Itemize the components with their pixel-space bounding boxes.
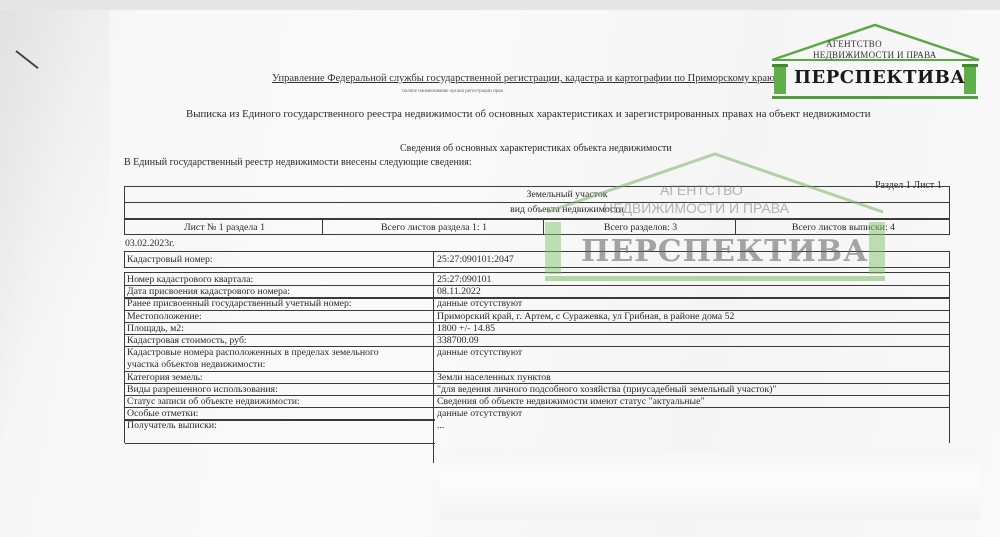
scan-top-edge xyxy=(0,0,1000,10)
row-label: Дата присвоения кадастрового номера: xyxy=(125,286,430,297)
sheet-info-table: Лист № 1 раздела 1 Всего листов раздела … xyxy=(124,219,950,235)
page-fold-shadow xyxy=(0,10,110,537)
extract-date: 03.02.2023г. xyxy=(125,238,174,250)
row-label-cont: участка объектов недвижимости: xyxy=(125,359,430,370)
object-type-caption: вид объекта недвижимости xyxy=(125,204,949,215)
intro-text: В Единый государственный реестр недвижим… xyxy=(124,157,472,169)
object-type: Земельный участок xyxy=(125,189,949,200)
logo-line1: АГЕНТСТВО xyxy=(826,39,882,49)
agency-logo: АГЕНТСТВО НЕДВИЖИМОСТИ И ПРАВА ПЕРСПЕКТИ… xyxy=(768,22,983,102)
logo-line2: НЕДВИЖИМОСТИ И ПРАВА xyxy=(813,50,937,60)
row-value: данные отсутствуют xyxy=(435,408,945,419)
cadastral-number-row: Кадастровый номер: 25:27:090101:2047 xyxy=(124,251,950,268)
row-label: Номер кадастрового квартала: xyxy=(125,274,430,285)
document-subtitle: Сведения об основных характеристиках объ… xyxy=(400,143,672,155)
row-value: 25:27:090101 xyxy=(435,274,945,285)
row-value: 1800 +/- 14.85 xyxy=(435,323,945,334)
row-label: Особые отметки: xyxy=(125,408,430,419)
row-label: Категория земель: xyxy=(125,372,430,383)
row-value: "для ведения личного подсобного хозяйств… xyxy=(435,384,945,395)
row-label: Кадастровые номера расположенных в преде… xyxy=(125,347,430,358)
agency-name: Управление Федеральной службы государств… xyxy=(272,73,775,85)
row-value: данные отсутствуют xyxy=(435,347,945,358)
row-value: 08.11.2022 xyxy=(435,286,945,297)
table-bottom-border xyxy=(125,443,435,444)
extract-sheets-total: Всего листов выписки: 4 xyxy=(736,222,949,233)
cadastral-number-value: 25:27:090101:2047 xyxy=(435,254,935,265)
row-value: ... xyxy=(435,420,945,431)
agency-caption: полное наименование органа регистрации п… xyxy=(402,86,503,98)
section-sheets-total: Всего листов раздела 1: 1 xyxy=(323,222,543,233)
row-value: Приморский край, г. Артем, с Суражевка, … xyxy=(435,311,945,322)
sheet-number: Лист № 1 раздела 1 xyxy=(125,222,322,233)
row-label: Ранее присвоенный государственный учетны… xyxy=(125,298,430,309)
row-label: Виды разрешенного использования: xyxy=(125,384,430,395)
row-label: Площадь, м2: xyxy=(125,323,430,334)
characteristics-table: Номер кадастрового квартала:25:27:090101… xyxy=(124,272,950,443)
row-label: Получатель выписки: xyxy=(125,420,430,431)
redacted-area xyxy=(440,450,980,520)
header-table: Земельный участок вид объекта недвижимос… xyxy=(124,186,950,219)
logo-name: ПЕРСПЕКТИВА xyxy=(794,67,965,88)
cadastral-number-label: Кадастровый номер: xyxy=(125,254,425,265)
row-value: Сведения об объекте недвижимости имеют с… xyxy=(435,396,945,407)
row-label: Местоположение: xyxy=(125,311,430,322)
row-label: Статус записи об объекте недвижимости: xyxy=(125,396,430,407)
row-label: Кадастровая стоимость, руб: xyxy=(125,335,430,346)
document-title: Выписка из Единого государственного реес… xyxy=(186,108,871,120)
row-value: Земли населенных пунктов xyxy=(435,372,945,383)
row-value: данные отсутствуют xyxy=(435,298,945,309)
row-value: 338700.09 xyxy=(435,335,945,346)
sections-total: Всего разделов: 3 xyxy=(544,222,735,233)
